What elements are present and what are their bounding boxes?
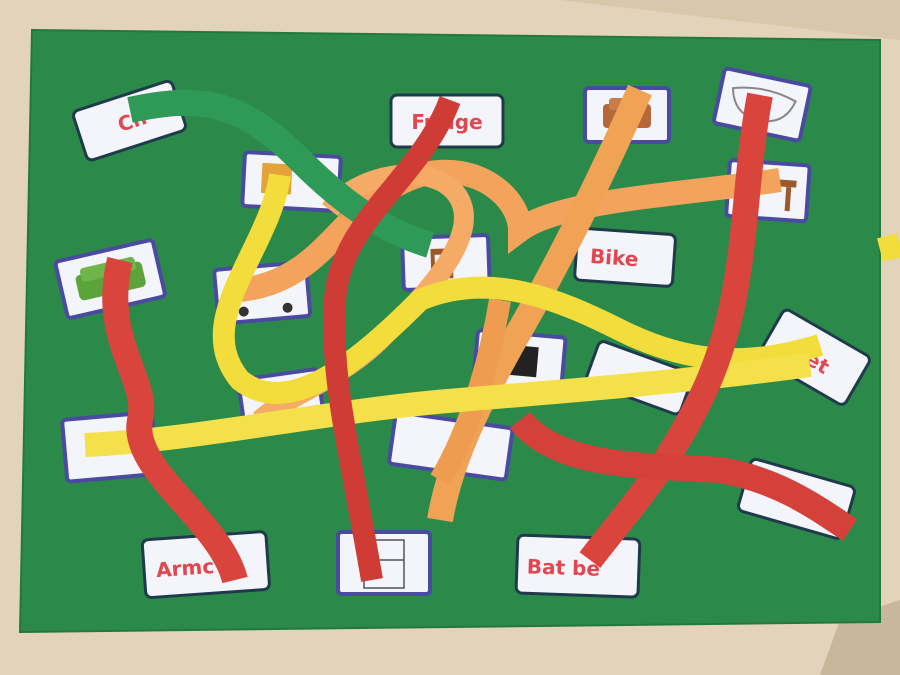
word-card-bathtube: Bat be xyxy=(516,535,640,597)
picture-card-fridge xyxy=(338,532,430,594)
word-label: Bike xyxy=(589,244,639,271)
yellow-strip-edge xyxy=(880,245,900,250)
word-label: Armc xyxy=(155,554,215,582)
craft-photo: Ch Fridge Bike et Armc Bat be xyxy=(0,0,900,675)
word-card-bike: Bike xyxy=(574,228,675,287)
card-frame xyxy=(338,532,430,594)
